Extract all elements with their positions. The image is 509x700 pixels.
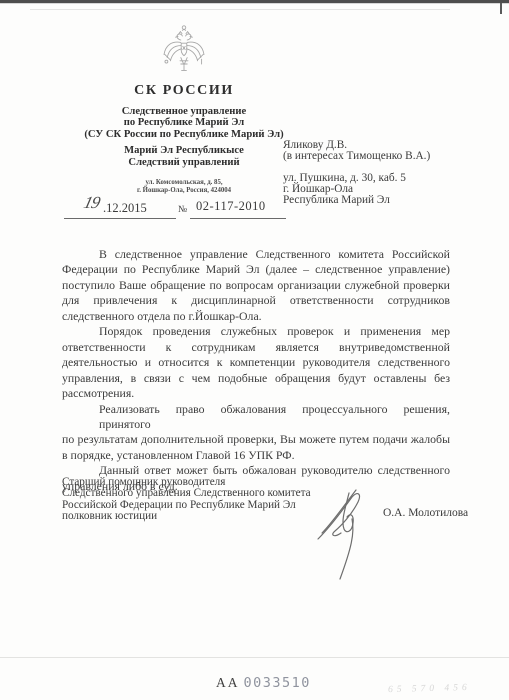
org-line: Следственное управление [58,106,310,117]
signer-name: О.А. Молотилова [383,507,468,519]
body-line: В следственное управление Следственного … [62,247,450,262]
body-line: Федерации по Республике Марий Эл (далее … [62,262,450,277]
letter-date: .12.2015 [103,201,147,216]
body-line: для привлечения к дисциплинарной ответст… [62,293,450,308]
scan-corner-tick [500,3,502,14]
handwritten-signature [316,487,378,582]
numero-sign: № [178,205,187,215]
double-headed-eagle-icon [160,24,208,80]
number-underline [190,218,286,219]
signer-position-block: Старший помощник руководителя Следственн… [62,477,311,522]
scan-bottom-streak [0,657,509,658]
body-line: Реализовать право обжалования процессуал… [62,402,450,433]
scan-edge-shadow [0,3,509,4]
signer-position-line: полковник юстиции [62,511,311,522]
body-line: деятельностью и относится к компетенции … [62,355,450,370]
outgoing-number: 02-117-2010 [196,199,266,214]
org-title: СК РОССИИ [58,83,310,99]
recipient-region: Республика Марий Эл [283,195,430,206]
body-line: по результатам дополнительной проверки, … [62,432,450,447]
letterhead: СК РОССИИ Следственное управление по Рес… [58,24,310,195]
scanned-letter-page: СК РОССИИ Следственное управление по Рес… [0,0,509,700]
body-line: управления, в связи с чем подобные обращ… [62,371,450,386]
recipient-interest: (в интересах Тимощенко В.А.) [283,151,430,162]
body-line: ответственности к сотрудникам является в… [62,340,450,355]
org-address-line: ул. Комсомольская, д. 85, [58,179,310,187]
org-line-mari: Марий Эл Республикысе [58,145,310,157]
signer-position-line: Следственного управления Следственного к… [62,488,311,499]
handwritten-day: 19 [82,193,102,213]
body-line: рассмотрения. [62,386,450,401]
body-line: в порядке, установленном Главой 16 УПК Р… [62,448,450,463]
org-name-block: Следственное управление по Республике Ма… [58,106,310,140]
body-line: поступило Ваше обращение по вопросам орг… [62,278,450,293]
date-underline [64,218,176,219]
org-line: по Республике Марий Эл [58,117,310,128]
recipient-block: Яликову Д.В. (в интересах Тимощенко В.А.… [283,140,430,206]
body-line: следственного отдела по г.Йошкар-Ола. [62,309,450,324]
org-line-mari: Следствий управлений [58,157,310,169]
letter-body: В следственное управление Следственного … [62,247,450,494]
body-line: Порядок проведения служебных проверок и … [62,324,450,339]
form-series: АА [216,675,240,690]
org-name-mari-block: Марий Эл Республикысе Следствий управлен… [58,145,310,169]
scan-smudge [30,9,450,10]
form-number: АА 0033510 [216,674,311,692]
form-digits: 0033510 [244,675,311,691]
org-line: (СУ СК России по Республике Марий Эл) [58,129,310,140]
pencil-note: 65 570 456 [388,683,471,695]
